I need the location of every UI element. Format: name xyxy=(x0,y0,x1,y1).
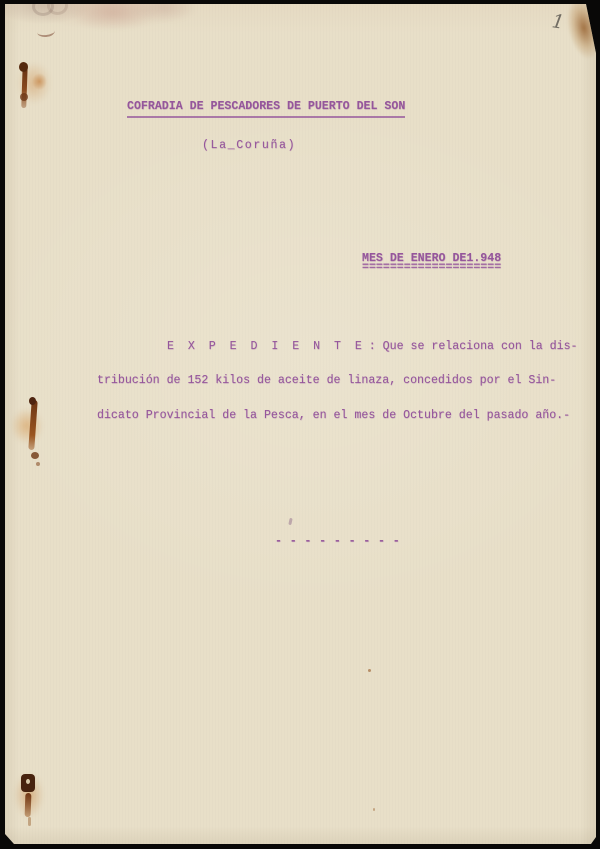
rust-staple-mark-bottom xyxy=(14,772,44,818)
ink-ring-stain xyxy=(32,0,54,16)
rust-staple-mark-middle xyxy=(29,397,36,405)
paper-speck xyxy=(368,669,371,672)
rust-staple-mark-bottom xyxy=(25,793,32,817)
body-line-3: dicato Provincial de la Pesca, en el mes… xyxy=(97,409,570,423)
rust-staple-mark-middle xyxy=(28,400,37,450)
body-line-2: tribución de 152 kilos de aceite de lina… xyxy=(97,374,556,388)
top-edge-smudge xyxy=(133,0,197,22)
top-edge-smudge xyxy=(71,0,155,30)
rust-staple-mark-top xyxy=(20,93,28,101)
document-title: COFRADIA DE PESCADORES DE PUERTO DEL SON xyxy=(127,100,405,118)
rust-staple-mark-top xyxy=(19,62,28,72)
ink-ring-stain xyxy=(47,0,68,15)
rust-staple-mark-middle xyxy=(36,462,40,466)
curved-pen-smudge xyxy=(36,25,55,38)
rust-staple-mark-top xyxy=(32,73,47,90)
document-location: (La_Coruña) xyxy=(202,139,296,153)
separator-dashes: - - - - - - - - - xyxy=(275,535,400,549)
rust-staple-mark-top xyxy=(21,63,28,108)
torn-corner-stain xyxy=(562,0,600,63)
rust-staple-mark-bottom xyxy=(21,774,35,792)
stray-ink-mark xyxy=(288,518,292,525)
document-page: COFRADIA DE PESCADORES DE PUERTO DEL SON… xyxy=(5,4,596,844)
handwritten-page-number: 1 xyxy=(550,10,565,34)
date-underline-rule: ==================== xyxy=(362,261,501,275)
paper-speck xyxy=(373,808,375,811)
rust-staple-mark-top xyxy=(17,62,51,104)
rust-staple-mark-middle xyxy=(31,452,39,459)
rust-staple-mark-bottom xyxy=(28,817,31,826)
rust-staple-mark-middle xyxy=(11,408,43,444)
rust-staple-mark-bottom xyxy=(26,779,30,784)
body-line-1: E X P E D I E N T E : Que se relaciona c… xyxy=(167,340,578,354)
